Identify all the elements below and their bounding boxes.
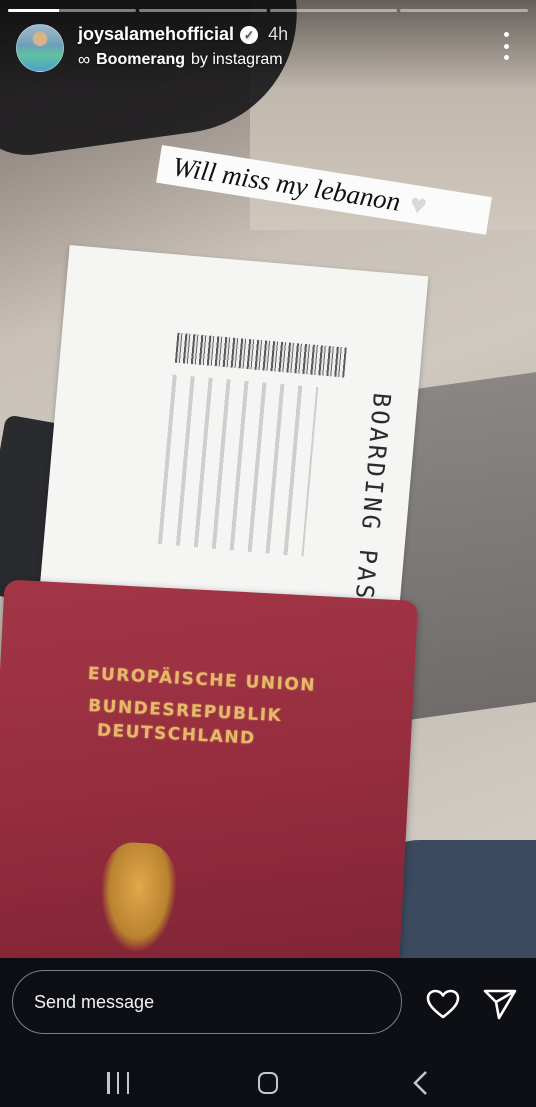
avatar[interactable] xyxy=(16,24,64,72)
passport-text-country: DEUTSCHLAND xyxy=(96,720,256,748)
recent-apps-button[interactable] xyxy=(107,1072,129,1094)
share-button[interactable] xyxy=(482,986,518,1022)
progress-segment xyxy=(400,9,528,12)
username-link[interactable]: joysalamehofficial xyxy=(78,24,234,45)
progress-segment xyxy=(270,9,398,12)
like-button[interactable] xyxy=(425,988,461,1020)
send-message-input[interactable]: Send message xyxy=(12,970,402,1034)
more-options-button[interactable] xyxy=(498,32,514,60)
effect-name: Boomerang xyxy=(96,51,185,69)
boarding-pass-details xyxy=(144,373,318,556)
send-icon xyxy=(482,986,518,1022)
recent-apps-icon xyxy=(107,1072,110,1094)
passport-image: EUROPÄISCHE UNION BUNDESREPUBLIK DEUTSCH… xyxy=(0,579,418,958)
eagle-emblem-icon xyxy=(97,841,179,955)
more-vertical-icon xyxy=(504,32,509,37)
back-icon xyxy=(410,1070,432,1096)
effect-attribution[interactable]: ∞ Boomerang by instagram xyxy=(78,50,283,70)
story-progress-bar xyxy=(8,9,528,12)
send-message-placeholder: Send message xyxy=(34,992,154,1013)
system-navigation-bar xyxy=(0,1058,536,1107)
passport-text-union: EUROPÄISCHE UNION xyxy=(87,664,316,696)
barcode xyxy=(175,333,347,378)
progress-segment xyxy=(139,9,267,12)
home-button[interactable] xyxy=(258,1072,278,1094)
progress-segment xyxy=(8,9,136,12)
story-viewer[interactable]: BOARDING PASS: EUROPÄISCHE UNION BUNDESR… xyxy=(0,0,536,958)
story-header: joysalamehofficial ✓ 4h xyxy=(78,24,288,45)
reply-bar: Send message xyxy=(0,958,536,1107)
header-gradient xyxy=(0,0,536,90)
white-heart-icon: ♥ xyxy=(408,190,429,220)
verified-badge-icon: ✓ xyxy=(240,26,258,44)
infinity-icon: ∞ xyxy=(78,50,90,70)
time-ago: 4h xyxy=(268,24,288,45)
effect-suffix: by instagram xyxy=(191,51,283,69)
back-button[interactable] xyxy=(410,1070,432,1096)
heart-icon xyxy=(425,988,461,1020)
